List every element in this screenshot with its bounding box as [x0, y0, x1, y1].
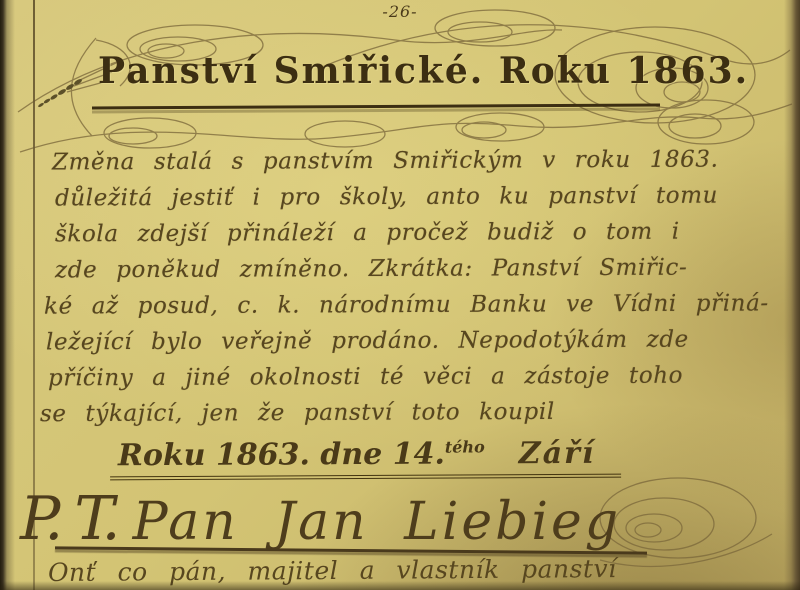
page-number: -26- — [0, 2, 800, 21]
body-line: Změna stalá s panstvím Smiřickým v roku … — [52, 147, 719, 176]
signature-line: P. T.Pan Jan Liebieg — [20, 484, 621, 554]
body-line: škola zdejší přináleží a pročež budiž o … — [55, 219, 680, 248]
page-edge-shadow-right — [784, 0, 800, 590]
date-text: Roku 1863. dne 14. — [118, 437, 445, 474]
date-line: Roku 1863. dne 14.téhoZáří — [110, 436, 622, 481]
manuscript-page: -26- Panství Smiřické. Roku 1863. Změna … — [0, 0, 800, 590]
body-line: zde poněkud zmíněno. Zkrátka: Panství Sm… — [55, 255, 687, 284]
body-line: ležející bylo veřejně prodáno. Nepodotýk… — [46, 327, 689, 356]
date-month: Září — [519, 436, 596, 471]
body-line: příčiny a jiné okolnosti té věci a zásto… — [48, 363, 683, 392]
document-title: Panství Smiřické. Roku 1863. — [98, 50, 749, 92]
page-edge-shadow-left — [0, 0, 15, 590]
body-line: ké až posud, c. k. národnímu Banku ve Ví… — [44, 290, 769, 319]
title-underline — [92, 104, 660, 110]
body-line: se týkající, jen že panství toto koupil — [40, 399, 555, 427]
body-line: důležitá jestiť i pro školy, anto ku pan… — [55, 183, 718, 212]
page-edge-shadow-bottom — [0, 581, 800, 590]
signature-initials: P. T. — [20, 484, 117, 554]
date-ordinal-superscript: tého — [445, 437, 485, 456]
signature-name: Pan Jan Liebieg — [133, 492, 621, 552]
